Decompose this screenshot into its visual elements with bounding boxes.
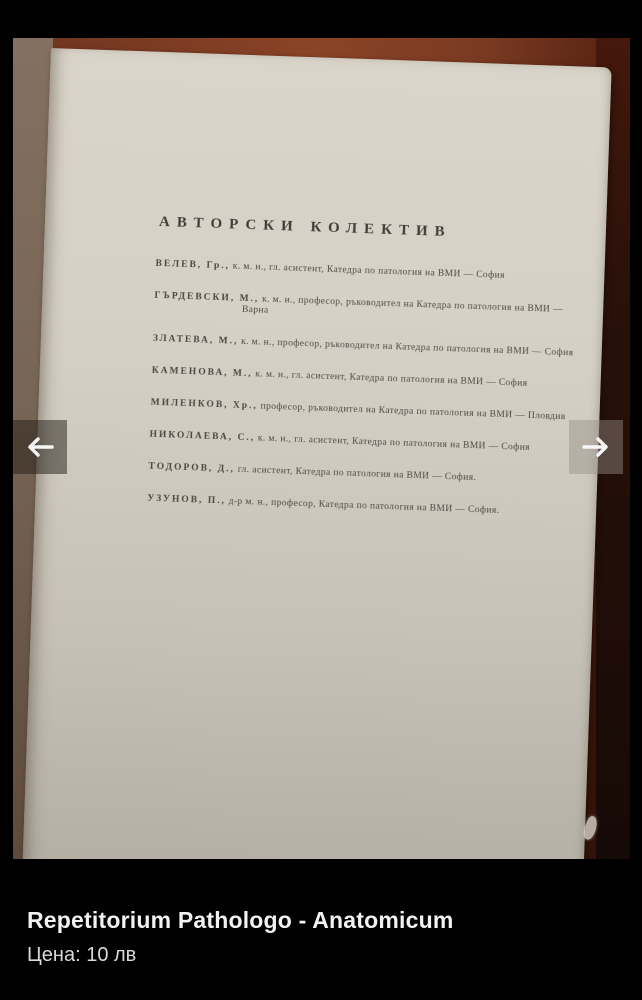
author-entry: НИКОЛАЕВА, С., к. м. н., гл. асистент, К… [149,430,572,456]
gallery-next-button[interactable] [569,420,623,474]
author-entry: МИЛЕНКОВ, Хр., професор, ръководител на … [150,398,573,424]
author-details: к. м. н., гл. асистент, Катедра по патол… [255,433,530,453]
author-details: професор, ръководител на Катедра по пато… [258,401,566,422]
author-details: к. м. н., професор, ръководител на Катед… [242,294,563,315]
author-details: гл. асистент, Катедра по патология на ВМ… [235,465,477,483]
book-page: АВТОРСКИ КОЛЕКТИВ ВЕЛЕВ, Гр., к. м. н., … [22,48,612,859]
author-name: ГЪРДЕВСКИ, М., [154,291,259,305]
author-name: ТОДОРОВ, Д., [148,462,235,475]
author-entry: УЗУНОВ, П., д-р м. н., професор, Катедра… [147,494,570,520]
author-entry: ТОДОРОВ, Д., гл. асистент, Катедра по па… [148,462,571,488]
author-details: к. м. н., гл. асистент, Катедра по патол… [252,369,527,389]
author-details: к. м. н., гл. асистент, Катедра по патол… [230,261,505,281]
author-name: МИЛЕНКОВ, Хр., [151,398,258,412]
listing-caption: Repetitorium Pathologo - Anatomicum Цена… [0,859,642,1000]
gallery-photo[interactable]: АВТОРСКИ КОЛЕКТИВ ВЕЛЕВ, Гр., к. м. н., … [13,38,630,859]
listing-title: Repetitorium Pathologo - Anatomicum [27,907,454,934]
page-heading: АВТОРСКИ КОЛЕКТИВ [159,214,580,246]
listing-price: Цена: 10 лв [27,944,136,967]
author-entry: КАМЕНОВА, М., к. м. н., гл. асистент, Ка… [152,366,575,392]
author-name: ЗЛАТЕВА, М., [153,334,239,347]
author-entry: ГЪРДЕВСКИ, М., к. м. н., професор, ръков… [154,291,578,328]
listing-photo-viewer: АВТОРСКИ КОЛЕКТИВ ВЕЛЕВ, Гр., к. м. н., … [0,0,642,1000]
author-details: д-р м. н., професор, Катедра по патологи… [226,496,500,516]
author-name: ВЕЛЕВ, Гр., [155,259,230,272]
author-name: УЗУНОВ, П., [147,494,226,507]
author-name: НИКОЛАЕВА, С., [149,430,255,444]
arrow-right-icon [581,435,611,459]
book-page-text: АВТОРСКИ КОЛЕКТИВ ВЕЛЕВ, Гр., к. м. н., … [146,214,580,541]
author-entry: ВЕЛЕВ, Гр., к. м. н., гл. асистент, Кате… [155,259,578,285]
author-details: к. м. н., професор, ръководител на Катед… [238,337,573,359]
arrow-left-icon [25,435,55,459]
author-name: КАМЕНОВА, М., [152,366,253,380]
gallery-prev-button[interactable] [13,420,67,474]
author-entry: ЗЛАТЕВА, М., к. м. н., професор, ръковод… [153,334,576,360]
